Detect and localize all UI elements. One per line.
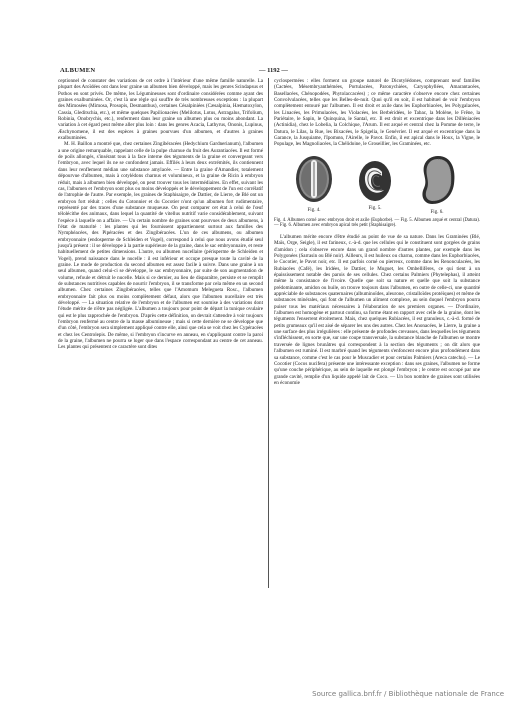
paragraph: ceptionnel de constater des variations d… (58, 78, 263, 141)
figure-label: Fig. 5. (356, 206, 394, 212)
figure-caption: Fig. 4. Albumen corné avec embryon droit… (274, 218, 480, 229)
figure-5: Fig. 5. (356, 160, 394, 213)
page-header: ALBUMEN — 1192 — (60, 67, 480, 77)
source-credit: Source gallica.bnf.fr / Bibliothèque nat… (312, 690, 504, 698)
paragraph: L'albumen mérite encore d'être étudié au… (274, 234, 480, 386)
figure-6: Fig. 6. (414, 154, 460, 217)
right-column: cyclospermées : elles forment un groupe … (274, 78, 480, 386)
seed-albumen-apical-embryo-icon (416, 154, 458, 206)
paragraph: M. H. Baillon a montré que, chez certain… (58, 141, 263, 350)
seed-albumen-straight-embryo-icon (294, 154, 334, 204)
paragraph: cyclospermées : elles forment un groupe … (274, 78, 480, 148)
figure-group: Fig. 4. Fig. 5. Fig. 6. (274, 154, 480, 216)
column-divider (268, 78, 269, 588)
seed-albumen-curved-embryo-icon (358, 160, 392, 202)
figure-label: Fig. 4. (292, 208, 336, 214)
running-head: ALBUMEN (60, 67, 95, 74)
figure-label: Fig. 6. (414, 210, 460, 216)
figure-4: Fig. 4. (292, 154, 336, 215)
document-page: ALBUMEN — 1192 — ceptionnel de constater… (0, 0, 512, 708)
page-number: — 1192 — (259, 67, 288, 74)
left-column: ceptionnel de constater des variations d… (58, 78, 263, 351)
